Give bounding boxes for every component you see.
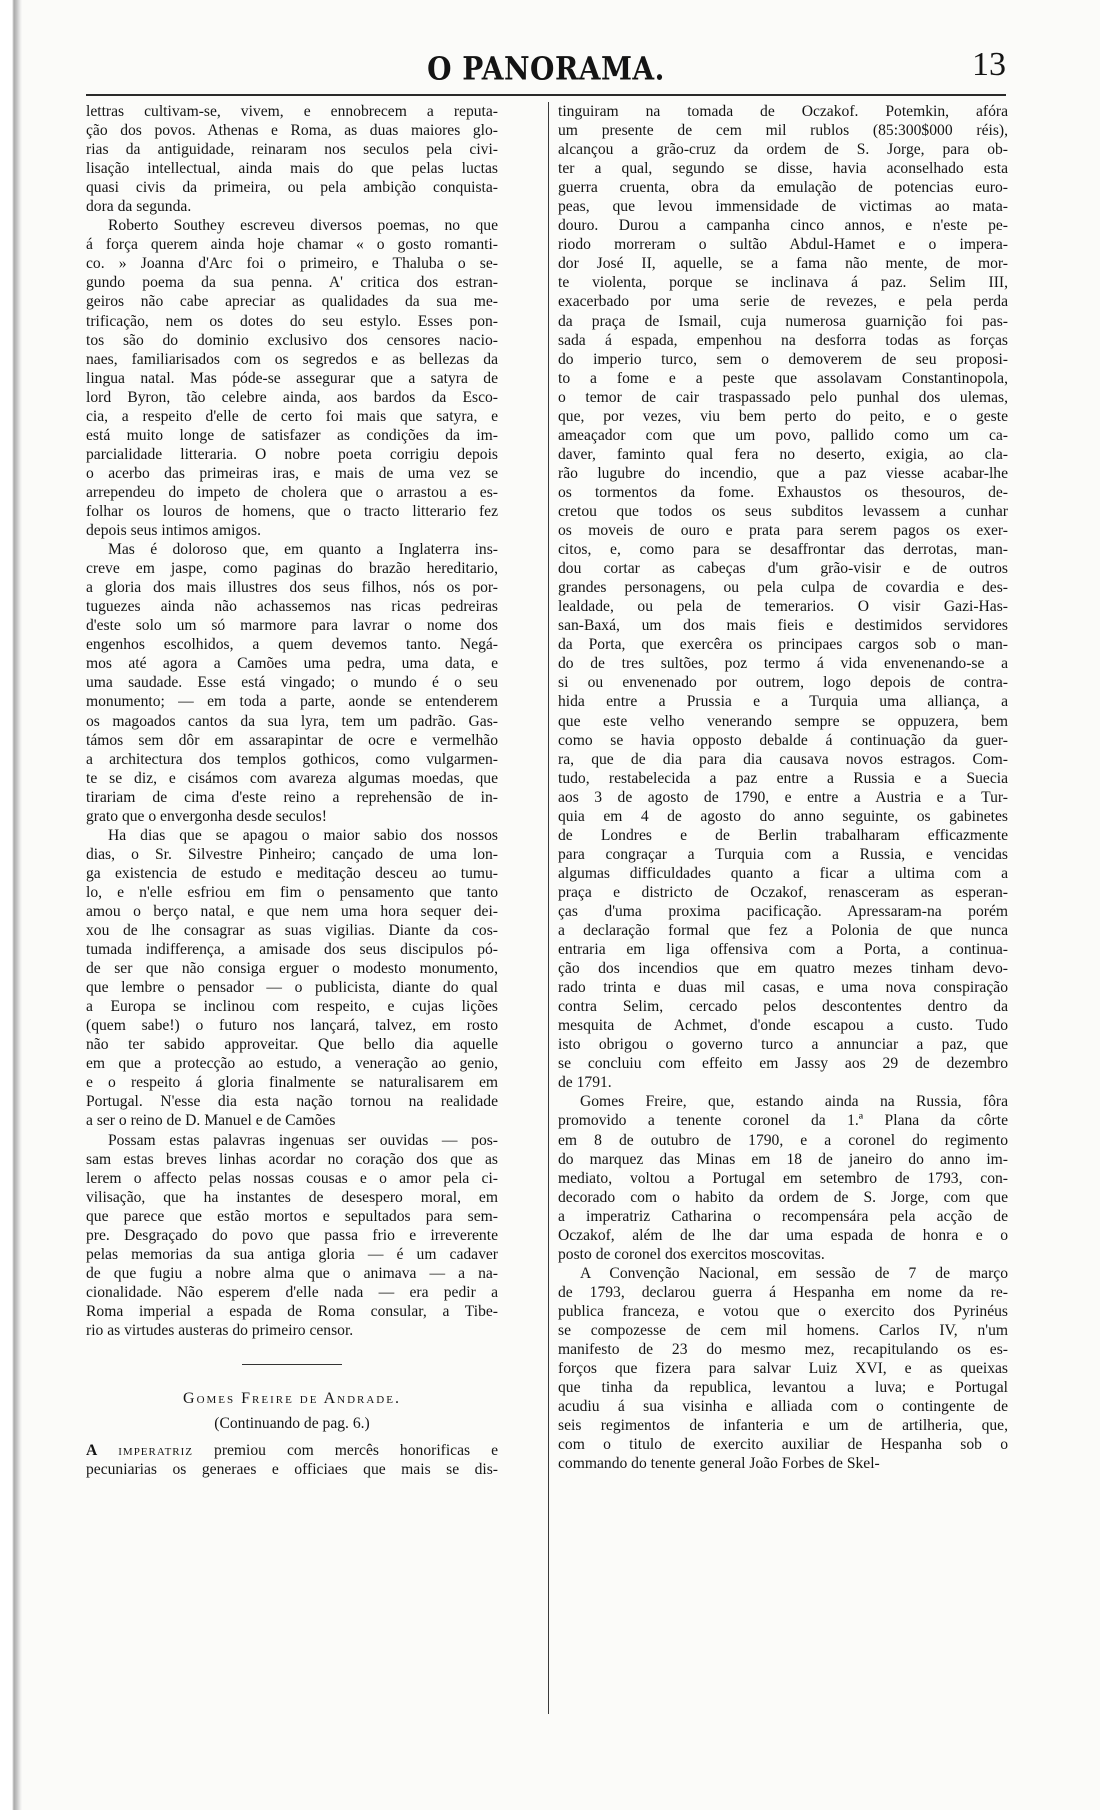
text-line: algumas difficuldades quanto a ficar a u…	[558, 864, 1008, 883]
text-line: aos 3 de agosto de 1790, e entre a Austr…	[558, 788, 1008, 807]
text-line: Ha dias que se apagou o maior sabio dos …	[86, 826, 498, 845]
text-line: d'este solo um só marmore para lavrar o …	[86, 616, 498, 635]
text-line: dou cortar as cabeças d'um grão-visir e …	[558, 559, 1008, 578]
text-line: a architectura dos templos gothicos, com…	[86, 750, 498, 769]
section-opening: A imperatriz premiou com mercês honorifi…	[86, 1441, 498, 1479]
text-line: a Europa se inclinou com respeito, e cuj…	[86, 997, 498, 1016]
text-line: como se havia opposto debalde á continua…	[558, 731, 1008, 750]
text-line: á força querem ainda hoje chamar « o gos…	[86, 235, 498, 254]
left-column: lettras cultivam-se, vivem, e ennobrecem…	[86, 102, 498, 1479]
text-line: promovido a tenente coronel da 1.ª Plana…	[558, 1111, 1008, 1130]
paragraph: Ha dias que se apagou o maior sabio dos …	[86, 826, 498, 1131]
text-line: que tinha da republica, levantou a luva;…	[558, 1378, 1008, 1397]
text-line: cionalidade. Não esperem d'elle nada — e…	[86, 1283, 498, 1302]
text-line: do marquez das Minas em 18 de janeiro do…	[558, 1150, 1008, 1169]
text-line: xou de lhe consagrar as suas vigilias. D…	[86, 921, 498, 940]
text-line: parcialidade litteraria. O nobre poeta c…	[86, 445, 498, 464]
text-line: em 8 de outubro de 1790, e a coronel do …	[558, 1131, 1008, 1150]
text-line: uma saudade. Esse está vingado; o mundo …	[86, 673, 498, 692]
text-line: alcançou a grão-cruz da ordem de S. Jorg…	[558, 140, 1008, 159]
paragraph: Mas é doloroso que, em quanto a Inglater…	[86, 540, 498, 826]
text-line: co. » Joanna d'Arc foi o primeiro, e Tha…	[86, 254, 498, 273]
text-line: engenhos escolhidos, a quem devemos tant…	[86, 635, 498, 654]
text-line: riodo morreram o sultão Abdul-Hamet e o …	[558, 235, 1008, 254]
right-column: tinguiram na tomada de Oczakof. Potemkin…	[558, 102, 1008, 1473]
text-line: que este velho venerando sempre se oppuz…	[558, 712, 1008, 731]
text-line: em que a protecção ao estudo, a veneraçã…	[86, 1054, 498, 1073]
text-line: de ser que não consiga erguer o modesto …	[86, 959, 498, 978]
text-line: ças d'uma proxima pacificação. Apressara…	[558, 902, 1008, 921]
scan-gutter-shadow	[0, 0, 22, 1810]
text-line: ra, que de dia para dia causava novos es…	[558, 750, 1008, 769]
text-line: rias da antiguidade, reinaram nos seculo…	[86, 140, 498, 159]
text-line: do de tres sultões, poz termo á vida env…	[558, 654, 1008, 673]
text-line: arrependeu do impeto de cholera que o ar…	[86, 483, 498, 502]
text-line: não ter sabido approveitar. Que bello di…	[86, 1035, 498, 1054]
text-line: Possam estas palavras ingenuas ser ouvid…	[86, 1131, 498, 1150]
text-line: folhar os louros de homens, que o tracto…	[86, 502, 498, 521]
text-line: ga existencia de estudo e meditação desc…	[86, 864, 498, 883]
text-line: ção dos incendios que em quatro mezes ti…	[558, 959, 1008, 978]
text-line: Roberto Southey escreveu diversos poemas…	[86, 216, 498, 235]
text-line: peas, que levou immensidade de victimas …	[558, 197, 1008, 216]
text-line: cia, a respeito d'elle de certo foi mais…	[86, 407, 498, 426]
text-line: citos, e, como para se desaffrontar das …	[558, 540, 1008, 559]
text-line: te violenta, porque se inclinava á paz. …	[558, 273, 1008, 292]
text-line: a gloria dos mais illustres dos seus fil…	[86, 578, 498, 597]
text-line: se concluiu com effeito em Jassy aos 29 …	[558, 1054, 1008, 1073]
text-line: pelas memorias da sua antiga gloria — é …	[86, 1245, 498, 1264]
text-line: grato que o envergonha desde seculos!	[86, 807, 498, 826]
text-line: um presente de cem mil rublos (85:300$00…	[558, 121, 1008, 140]
paragraph: Roberto Southey escreveu diversos poemas…	[86, 216, 498, 540]
text-line: trificação, nem os dotes do seu estylo. …	[86, 312, 498, 331]
text-line: vilisação, que ha instantes de desespero…	[86, 1188, 498, 1207]
text-line: te se diz, e cisámos com avareza algumas…	[86, 769, 498, 788]
text-line: e o respeito á gloria finalmente se natu…	[86, 1073, 498, 1092]
text-line: contra Selim, cercado pelos descontentes…	[558, 997, 1008, 1016]
text-line: sada á espada, empenhou na desforra toda…	[558, 331, 1008, 350]
text-line: rado trinta e duas mil casas, e uma nova…	[558, 978, 1008, 997]
text-line: com o titulo de exercito auxiliar de Hes…	[558, 1435, 1008, 1454]
text-line: pre. Desgraçado do povo que passa frio e…	[86, 1226, 498, 1245]
text-line: publica franceza, e votou que o exercito…	[558, 1302, 1008, 1321]
text-line: lo, e n'elle esfriou em fim o pensamento…	[86, 883, 498, 902]
text-line: sam estas breves linhas acordar no coraç…	[86, 1150, 498, 1169]
section-subtitle: (Continuando de pag. 6.)	[86, 1414, 498, 1433]
text-line: dora da segunda.	[86, 197, 498, 216]
text-line: os magoados cantos da sua lyra, tem um p…	[86, 712, 498, 731]
text-line: gundo poema da sua penna. A' critica dos…	[86, 273, 498, 292]
text-line: praça e districto de Oczakof, renasceram…	[558, 883, 1008, 902]
paragraph: lettras cultivam-se, vivem, e ennobrecem…	[86, 102, 498, 216]
text-line: isto obrigou o governo turco a annunciar…	[558, 1035, 1008, 1054]
text-line: se compozesse de cem mil homens. Carlos …	[558, 1321, 1008, 1340]
text-line: rio as virtudes austeras do primeiro cen…	[86, 1321, 498, 1340]
text-line: geiros não cabe apreciar as qualidades d…	[86, 292, 498, 311]
text-line: que lembre o pensador — o publicista, di…	[86, 978, 498, 997]
text-line: o acerbo das primeiras iras, e mais de u…	[86, 464, 498, 483]
text-line: exacerbado por uma serie de revezes, e p…	[558, 292, 1008, 311]
text-line: Gomes Freire, que, estando ainda na Russ…	[558, 1092, 1008, 1111]
text-line: lerem o affecto pelas nossas cousas e o …	[86, 1169, 498, 1188]
text-line: A Convenção Nacional, em sessão de 7 de …	[558, 1264, 1008, 1283]
header-rule	[86, 94, 1006, 96]
text-line: a ser o reino de D. Manuel e de Camões	[86, 1111, 498, 1130]
dropcap-word: A	[86, 1442, 97, 1459]
column-divider	[548, 102, 549, 1714]
paragraph: A Convenção Nacional, em sessão de 7 de …	[558, 1264, 1008, 1474]
text-line: de 1791.	[558, 1073, 1008, 1092]
text-line: cretou que todos os seus subditos levass…	[558, 502, 1008, 521]
text-line: da praça de Ismail, cuja numerosa guarni…	[558, 312, 1008, 331]
text-line: decorado com o habito da ordem de S. Jor…	[558, 1188, 1008, 1207]
text-line: manifesto de 23 do mesmo mez, recapitula…	[558, 1340, 1008, 1359]
text-line: que, por vezes, viu bem perto do peito, …	[558, 407, 1008, 426]
text-line: guerra cruenta, obra da emulação de pote…	[558, 178, 1008, 197]
text-line: entraria em liga offensiva com a Porta, …	[558, 940, 1008, 959]
text-line: daver, faminto qual fera no deserto, exi…	[558, 445, 1008, 464]
text-line: tudo, restabelecida a paz entre a Russia…	[558, 769, 1008, 788]
text-line: dor José II, aquelle, se a fama não ment…	[558, 254, 1008, 273]
text-line: mediato, voltou a Portugal em setembro d…	[558, 1169, 1008, 1188]
text-line: os tormentos da fome. Exhaustos os theso…	[558, 483, 1008, 502]
text-line: a imperatriz Catharina o recompensára pe…	[558, 1207, 1008, 1226]
text-line: douro. Durou a campanha cinco annos, e n…	[558, 216, 1008, 235]
text-line: seis regimentos de infanteria e um de ar…	[558, 1416, 1008, 1435]
smallcaps-word: imperatriz	[118, 1442, 193, 1459]
text-line: acudiu á sua visinha e alliada com o con…	[558, 1397, 1008, 1416]
text-line: ção dos povos. Athenas e Roma, as duas m…	[86, 121, 498, 140]
text-line: está muito longe de satisfazer as condiç…	[86, 426, 498, 445]
text-line: amou o berço natal, e que nem uma hora s…	[86, 902, 498, 921]
text-line: de 1793, declarou guerra á Hespanha em n…	[558, 1283, 1008, 1302]
text-line: os moveis de ouro e prata para serem pag…	[558, 521, 1008, 540]
text-line: tuguezes ainda não achassemos nas ricas …	[86, 597, 498, 616]
text-line: lealdade, ou pela de temerarios. O visir…	[558, 597, 1008, 616]
text-line: Roma imperial a espada de Roma consular,…	[86, 1302, 498, 1321]
section-separator	[242, 1364, 342, 1365]
text-line: hida entre a Prussia e a Turquia uma all…	[558, 692, 1008, 711]
section-title: Gomes Freire de Andrade.	[86, 1389, 498, 1408]
paragraph: Possam estas palavras ingenuas ser ouvid…	[86, 1131, 498, 1341]
text-line: mesquita de Achmet, d'onde escapou a cus…	[558, 1016, 1008, 1035]
text-line: a declaração formal que fez a Polonia de…	[558, 921, 1008, 940]
paragraph: tinguiram na tomada de Oczakof. Potemkin…	[558, 102, 1008, 1092]
text-line: dias, o Sr. Silvestre Pinheiro; cançado …	[86, 845, 498, 864]
text-line: támos sem dôr em assarapintar de ocre e …	[86, 731, 498, 750]
page-header: O PANORAMA. 13	[86, 40, 1006, 90]
text-line: Oczakof, além de lhe dar uma espada de h…	[558, 1226, 1008, 1245]
text-line: de Londres e de Berlin trabalharam effic…	[558, 826, 1008, 845]
text-line: san-Baxá, um dos mais fieis e destimidos…	[558, 616, 1008, 635]
text-line: posto de coronel dos exercitos moscovita…	[558, 1245, 1008, 1264]
text-line: commando do tenente general João Forbes …	[558, 1454, 1008, 1473]
page-number: 13	[972, 46, 1006, 84]
text-line: lisação intellectual, ainda mais do que …	[86, 159, 498, 178]
text-line: lord Byron, tão celebre ainda, aos bardo…	[86, 388, 498, 407]
text-line: si ou envenenado por outrem, logo depois…	[558, 673, 1008, 692]
text-line: tos são do dominio exclusivo dos censore…	[86, 331, 498, 350]
text-line: de que fugiu a nobre alma que o animava …	[86, 1264, 498, 1283]
text-line: quasi civis da primeira, ou pela ambição…	[86, 178, 498, 197]
text-line: para congraçar a Turquia com a Russia, e…	[558, 845, 1008, 864]
newspaper-title: O PANORAMA.	[86, 50, 1006, 88]
text-line: rão lugubre do incendio, que a paz viess…	[558, 464, 1008, 483]
text-line: forços que fizera para salvar Luiz XVI, …	[558, 1359, 1008, 1378]
text-line: tinguiram na tomada de Oczakof. Potemkin…	[558, 102, 1008, 121]
text-line: monumento; — em toda a parte, aonde se e…	[86, 692, 498, 711]
text-line: depois seus intimos amigos.	[86, 521, 498, 540]
text-line: tirariam de cima d'este reino a reprehen…	[86, 788, 498, 807]
text-line: creve em jaspe, como paginas do brazão h…	[86, 559, 498, 578]
text-line: do imperio turco, sem o demoverem de seu…	[558, 350, 1008, 369]
text-line: (quem sabe!) o futuro nos lançará, talve…	[86, 1016, 498, 1035]
text-line: ameaçador com que um povo, pallido como …	[558, 426, 1008, 445]
text-line: grandes personagens, ou pela culpa de co…	[558, 578, 1008, 597]
text-line: ter a qual, segundo se disse, havia acon…	[558, 159, 1008, 178]
text-line: tumada indifferença, a amisade dos seus …	[86, 940, 498, 959]
text-line: que parece que estão mortos e sepultados…	[86, 1207, 498, 1226]
text-line: Portugal. N'esse dia esta nação tornou n…	[86, 1092, 498, 1111]
text-line: o temor de cair traspassado pelo punhal …	[558, 388, 1008, 407]
text-line: quia em 4 de agosto do anno seguinte, os…	[558, 807, 1008, 826]
text-line: da Porta, que exercêra os principaes car…	[558, 635, 1008, 654]
paragraph: Gomes Freire, que, estando ainda na Russ…	[558, 1092, 1008, 1263]
text-line: lingua natal. Mas póde-se assegurar que …	[86, 369, 498, 388]
text-line: naes, familiarisados com os segredos e a…	[86, 350, 498, 369]
text-line: to a fome e a peste que assolavam Consta…	[558, 369, 1008, 388]
text-line: lettras cultivam-se, vivem, e ennobrecem…	[86, 102, 498, 121]
text-line: Mas é doloroso que, em quanto a Inglater…	[86, 540, 498, 559]
text-line: mos até agora a Camões uma pedra, uma da…	[86, 654, 498, 673]
